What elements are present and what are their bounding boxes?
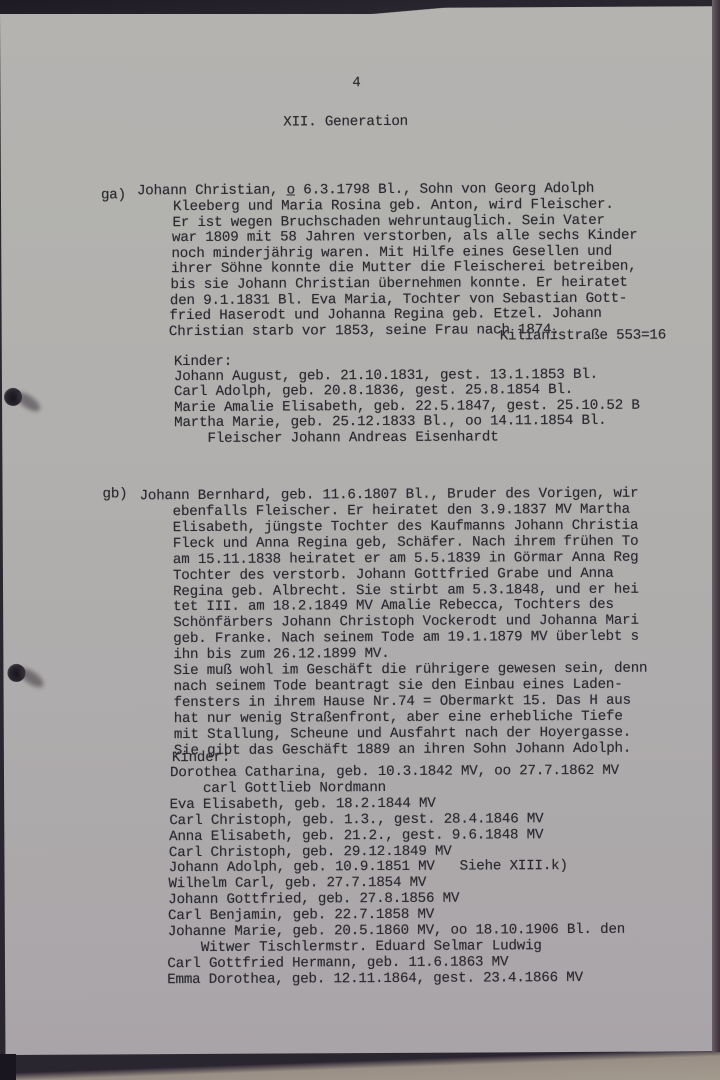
- child-entry: Johann Adolph, geb. 10.9.1851 MV Siehe X…: [169, 859, 568, 876]
- page-top-edge: [0, 0, 720, 14]
- entry-label: gb): [103, 487, 128, 502]
- document-page: 4 XII. Generation ga) Johann Christian, …: [0, 6, 717, 1055]
- address-note: Kilianistraße 553=16: [500, 329, 666, 345]
- entry-first-line-rest: 6.3.1798 Bl., Sohn von Georg Adolph: [295, 181, 594, 199]
- child-entry: Emma Dorothea, geb. 12.11.1864, gest. 23…: [167, 971, 583, 988]
- child-entry: Carl Benjamin, geb. 22.7.1858 MV: [168, 908, 434, 924]
- body-line: ihn bis zum 26.12.1899 MV.: [173, 647, 389, 663]
- page-bottom-edge: [0, 1052, 720, 1080]
- body-line: Tochter des verstorb. Johann Gottfried G…: [173, 566, 614, 583]
- child-entry: Dorothea Catharina, geb. 10.3.1842 MV, o…: [170, 764, 619, 781]
- binder-hole: [4, 388, 22, 406]
- child-entry: Fleischer Johann Andreas Eisenhardt: [174, 430, 498, 447]
- child-entry: Johann Gottfried, geb. 27.8.1856 MV: [168, 892, 459, 909]
- child-entry: Eva Elisabeth, geb. 18.2.1844 MV: [170, 797, 436, 813]
- entry-label: ga): [101, 188, 126, 203]
- child-entry: Wilhelm Carl, geb. 27.7.1854 MV: [168, 876, 426, 892]
- body-line: Sie gibt das Geschäft 1889 an ihren Sohn…: [174, 741, 631, 758]
- entry-name: Johann Christian,: [137, 183, 287, 200]
- children-label: Kinder:: [174, 355, 232, 370]
- child-entry: Carl Christoph, geb. 1.3., gest. 28.4.18…: [169, 812, 543, 829]
- page-number: 4: [0, 74, 712, 93]
- section-heading: XII. Generation: [1, 113, 691, 132]
- child-entry: carl Gottlieb Nordmann: [170, 781, 386, 797]
- binder-hole: [7, 664, 25, 682]
- body-line: geb. Franke. Nach seinem Tode am 19.1.18…: [173, 630, 639, 647]
- child-entry: Carl Gottfried Hermann, geb. 11.6.1863 M…: [167, 955, 508, 972]
- child-entry: Johanne Marie, geb. 20.5.1860 MV, oo 18.…: [168, 923, 625, 940]
- page-right-edge: [712, 0, 720, 1080]
- page-corner-shadow: [0, 1054, 16, 1080]
- children-label: Kinder:: [172, 751, 230, 766]
- birth-symbol: o: [287, 182, 295, 198]
- child-entry: Anna Elisabeth, geb. 21.2., gest. 9.6.18…: [169, 828, 543, 845]
- child-entry: Martha Marie, geb. 25.12.1833 Bl., oo 14…: [174, 414, 606, 431]
